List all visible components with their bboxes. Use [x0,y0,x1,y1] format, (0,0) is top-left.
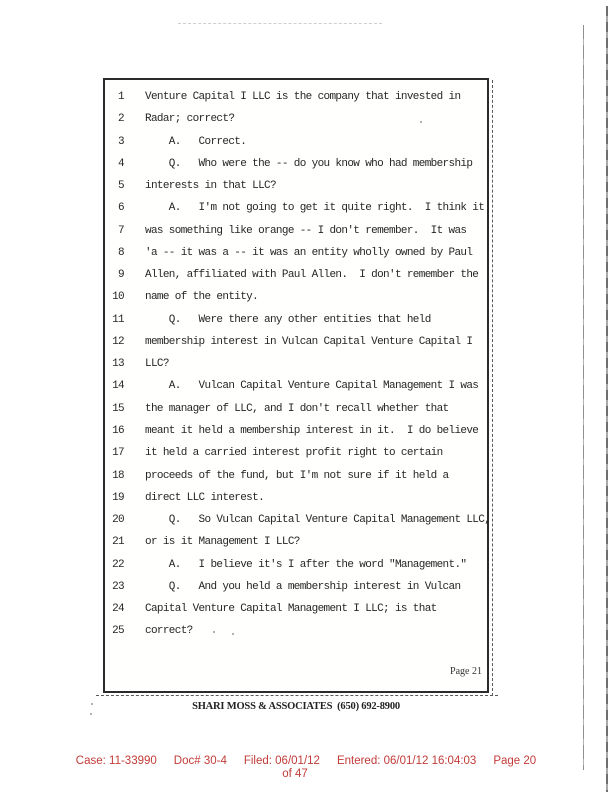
transcript-rows: 1Venture Capital I LLC is the company th… [105,80,487,643]
transcript-line: 12membership interest in Vulcan Capital … [105,331,487,353]
toner-speck [213,631,215,633]
scan-artifact-top-dashes [178,23,382,24]
transcript-line: 23 Q. And you held a membership interest… [105,576,487,598]
line-text: 'a -- it was a -- it was an entity wholl… [145,242,472,264]
line-number: 18 [107,465,124,487]
transcript-line: 10name of the entity. [105,286,487,308]
line-number: 13 [107,353,124,375]
toner-speck [232,633,234,635]
pacer-stamp-row: Case: 11-33990 Doc# 30-4 Filed: 06/01/12… [0,755,612,767]
line-number: 10 [107,286,124,308]
transcript-line: 5interests in that LLC? [105,175,487,197]
line-number: 1 [107,86,124,108]
scan-artifact-vertical-line [583,25,584,770]
transcript-line: 14 A. Vulcan Capital Venture Capital Man… [105,375,487,397]
line-number: 5 [107,175,124,197]
toner-speck [91,703,93,705]
line-text: membership interest in Vulcan Capital Ve… [145,331,472,353]
transcript-line: 24Capital Venture Capital Management I L… [105,598,487,620]
line-text: Q. Who were the -- do you know who had m… [145,153,472,175]
line-text: A. I believe it's I after the word "Mana… [145,554,466,576]
line-number: 6 [107,197,124,219]
line-text: Q. And you held a membership interest in… [145,576,460,598]
line-number: 2 [107,108,124,130]
line-text: Venture Capital I LLC is the company tha… [145,86,460,108]
line-number: 24 [107,598,124,620]
line-text: the manager of LLC, and I don't recall w… [145,398,449,420]
stamp-page-continuation: of 47 [0,768,612,780]
line-number: 9 [107,264,124,286]
line-number: 16 [107,420,124,442]
transcript-line: 4 Q. Who were the -- do you know who had… [105,153,487,175]
line-text: interests in that LLC? [145,175,276,197]
court-reporter-line: SHARI MOSS & ASSOCIATES (650) 692-8900 [103,701,489,712]
transcript-page-number: Page 21 [450,666,482,677]
toner-speck [90,713,92,715]
transcript-line: 6 A. I'm not going to get it quite right… [105,197,487,219]
scanned-document-page: 1Venture Capital I LLC is the company th… [0,0,612,792]
transcript-line: 3 A. Correct. [105,131,487,153]
line-number: 3 [107,131,124,153]
line-number: 7 [107,220,124,242]
transcript-line: 21or is it Management I LLC? [105,531,487,553]
line-text: Radar; correct? [145,108,234,130]
line-number: 20 [107,509,124,531]
transcript-box: 1Venture Capital I LLC is the company th… [103,78,489,693]
line-text: correct? [145,620,193,642]
stamp-entered-date: Entered: 06/01/12 16:04:03 [337,755,476,767]
transcript-line: 18proceeds of the fund, but I'm not sure… [105,465,487,487]
scan-artifact-box-edge [96,695,498,696]
transcript-line: 20 Q. So Vulcan Capital Venture Capital … [105,509,487,531]
transcript-line: 9Allen, affiliated with Paul Allen. I do… [105,264,487,286]
transcript-line: 2Radar; correct? [105,108,487,130]
transcript-line: 11 Q. Were there any other entities that… [105,309,487,331]
scan-artifact-box-edge [492,80,493,696]
line-text: LLC? [145,353,169,375]
transcript-line: 19direct LLC interest. [105,487,487,509]
transcript-line: 1Venture Capital I LLC is the company th… [105,86,487,108]
line-text: name of the entity. [145,286,258,308]
line-text: it held a carried interest profit right … [145,442,443,464]
stamp-doc-number: Doc# 30-4 [174,755,227,767]
line-number: 14 [107,375,124,397]
line-text: proceeds of the fund, but I'm not sure i… [145,465,449,487]
transcript-line: 17it held a carried interest profit righ… [105,442,487,464]
line-text: Capital Venture Capital Management I LLC… [145,598,437,620]
line-number: 4 [107,153,124,175]
transcript-line: 22 A. I believe it's I after the word "M… [105,554,487,576]
scan-artifact-vertical-line [606,6,608,792]
line-number: 25 [107,620,124,642]
line-number: 21 [107,531,124,553]
line-text: A. Vulcan Capital Venture Capital Manage… [145,375,478,397]
toner-speck [420,121,422,123]
line-text: Q. So Vulcan Capital Venture Capital Man… [145,509,490,531]
line-number: 19 [107,487,124,509]
transcript-line: 25correct? [105,620,487,642]
line-number: 15 [107,398,124,420]
transcript-line: 7was something like orange -- I don't re… [105,220,487,242]
transcript-line: 16meant it held a membership interest in… [105,420,487,442]
transcript-line: 13LLC? [105,353,487,375]
line-number: 17 [107,442,124,464]
line-text: or is it Management I LLC? [145,531,300,553]
line-number: 22 [107,554,124,576]
line-number: 12 [107,331,124,353]
line-text: Q. Were there any other entities that he… [145,309,431,331]
line-number: 23 [107,576,124,598]
line-text: A. I'm not going to get it quite right. … [145,197,484,219]
line-text: meant it held a membership interest in i… [145,420,478,442]
stamp-page-number: Page 20 [493,755,536,767]
line-number: 11 [107,309,124,331]
stamp-filed-date: Filed: 06/01/12 [244,755,320,767]
pacer-stamp: Case: 11-33990 Doc# 30-4 Filed: 06/01/12… [0,755,612,780]
line-text: direct LLC interest. [145,487,264,509]
transcript-line: 15the manager of LLC, and I don't recall… [105,398,487,420]
stamp-case-number: Case: 11-33990 [76,755,157,767]
line-text: was something like orange -- I don't rem… [145,220,466,242]
line-text: A. Correct. [145,131,246,153]
line-number: 8 [107,242,124,264]
line-text: Allen, affiliated with Paul Allen. I don… [145,264,478,286]
transcript-line: 8'a -- it was a -- it was an entity whol… [105,242,487,264]
